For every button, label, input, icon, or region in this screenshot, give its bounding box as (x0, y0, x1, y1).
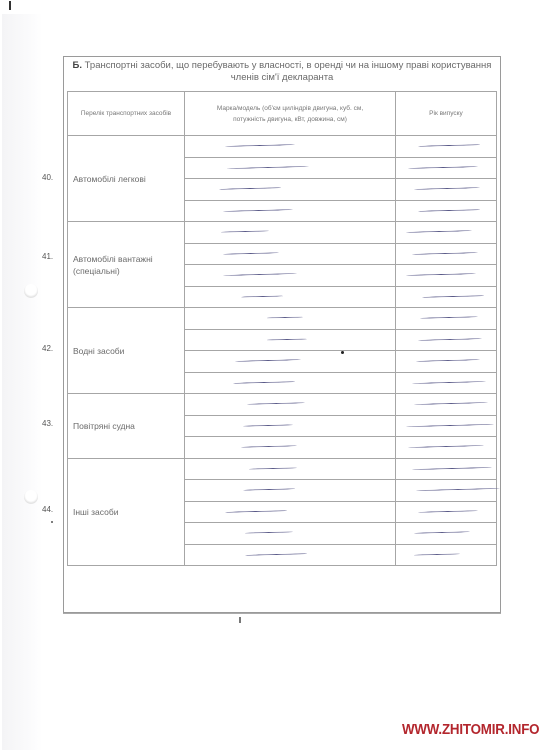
model-cell (185, 329, 396, 351)
redaction-stroke (408, 166, 478, 169)
model-cell (185, 265, 396, 287)
vehicles-table: Перелік транспортних засобів Марка/модел… (67, 91, 497, 566)
year-cell (396, 458, 497, 480)
model-cell (185, 222, 396, 244)
year-cell (396, 523, 497, 545)
model-cell (185, 136, 396, 158)
category-label: Повітряні судна (68, 420, 184, 432)
redaction-stroke (414, 402, 488, 405)
model-cell (185, 480, 396, 502)
category-cell: Інші засоби (68, 458, 185, 566)
redaction-stroke (414, 187, 480, 190)
model-cell (185, 437, 396, 459)
section-title-text: Транспортні засоби, що перебувають у вла… (85, 60, 492, 83)
redaction-stroke (418, 510, 478, 513)
redaction-stroke (243, 424, 293, 426)
model-cell (185, 458, 396, 480)
model-cell (185, 523, 396, 545)
category-cell: Автомобілі вантажні (спеціальні) (68, 222, 185, 308)
redaction-stroke (225, 144, 295, 147)
redaction-stroke (223, 273, 297, 276)
model-cell (185, 308, 396, 330)
redaction-stroke (406, 273, 476, 276)
punch-hole-top (24, 284, 38, 298)
year-cell (396, 286, 497, 308)
redaction-stroke (245, 531, 293, 533)
model-cell (185, 286, 396, 308)
model-cell (185, 544, 396, 566)
category-numbers: 40.41.42.43.44. (40, 91, 67, 608)
redaction-stroke (414, 553, 460, 555)
category-label: Інші засоби (68, 506, 184, 518)
year-cell (396, 265, 497, 287)
site-watermark: WWW.ZHITOMIR.INFO (402, 722, 539, 738)
redaction-stroke (420, 316, 478, 319)
year-cell (396, 308, 497, 330)
redaction-stroke (245, 553, 307, 556)
year-cell (396, 351, 497, 373)
table-row: Автомобілі легкові (68, 136, 497, 158)
redaction-stroke (418, 209, 480, 212)
category-number: 44. (42, 505, 53, 514)
redaction-stroke (412, 466, 492, 469)
redaction-stroke (416, 359, 480, 362)
redaction-stroke (247, 402, 305, 405)
category-cell: Автомобілі легкові (68, 136, 185, 222)
scan-corner-mark (9, 1, 11, 10)
model-cell (185, 179, 396, 201)
redaction-stroke (406, 423, 494, 426)
redaction-stroke (235, 359, 301, 362)
year-cell (396, 179, 497, 201)
redaction-stroke (243, 488, 295, 490)
category-cell: Повітряні судна (68, 394, 185, 459)
table-row: Автомобілі вантажні (спеціальні) (68, 222, 497, 244)
redaction-stroke (414, 531, 470, 533)
category-number: 42. (42, 344, 53, 353)
model-cell (185, 157, 396, 179)
model-cell (185, 243, 396, 265)
year-cell (396, 372, 497, 394)
redaction-stroke (241, 445, 297, 447)
model-cell (185, 501, 396, 523)
redaction-stroke (219, 187, 281, 190)
model-cell (185, 415, 396, 437)
year-cell (396, 544, 497, 566)
redaction-stroke (223, 252, 279, 254)
ink-dot (341, 351, 344, 354)
section-letter: Б. (73, 60, 82, 71)
redaction-stroke (408, 445, 484, 448)
redaction-stroke (418, 144, 480, 147)
redaction-stroke (249, 467, 297, 469)
year-cell (396, 200, 497, 222)
table-row: Інші засоби (68, 458, 497, 480)
redaction-stroke (412, 381, 486, 384)
redaction-stroke (416, 488, 500, 491)
scan-edge-shadow (2, 14, 42, 750)
punch-hole-bottom (24, 490, 38, 504)
model-cell (185, 394, 396, 416)
redaction-stroke (267, 317, 303, 319)
header-model: Марка/модель (об'єм циліндрів двигуна, к… (185, 92, 396, 136)
table-row: Повітряні судна (68, 394, 497, 416)
redaction-stroke (267, 338, 307, 340)
redaction-stroke (225, 510, 287, 513)
category-number: 41. (42, 252, 53, 261)
redaction-stroke (227, 165, 309, 168)
year-cell (396, 501, 497, 523)
page-mark (239, 617, 241, 623)
redaction-stroke (241, 295, 283, 297)
category-cell: Водні засоби (68, 308, 185, 394)
year-cell (396, 243, 497, 265)
redaction-stroke (418, 338, 482, 341)
year-cell (396, 157, 497, 179)
year-cell (396, 136, 497, 158)
year-cell (396, 415, 497, 437)
redaction-stroke (223, 209, 293, 212)
redaction-stroke (233, 381, 295, 384)
section-title: Б. Транспортні засоби, що перебувають у … (63, 60, 501, 84)
category-number: 40. (42, 173, 53, 182)
redaction-stroke (221, 230, 269, 232)
year-cell (396, 394, 497, 416)
category-label: Автомобілі легкові (68, 173, 184, 185)
category-number: 43. (42, 419, 53, 428)
category-label: Водні засоби (68, 345, 184, 357)
model-cell (185, 351, 396, 373)
category-label: Автомобілі вантажні (спеціальні) (68, 253, 184, 277)
table-header-row: Перелік транспортних засобів Марка/модел… (68, 92, 497, 136)
margin-mark (51, 521, 53, 523)
redaction-stroke (406, 230, 472, 233)
model-cell (185, 200, 396, 222)
redaction-stroke (422, 295, 484, 298)
year-cell (396, 329, 497, 351)
year-cell (396, 480, 497, 502)
header-year: Рік випуску (396, 92, 497, 136)
table-row: Водні засоби (68, 308, 497, 330)
redaction-stroke (412, 252, 478, 255)
year-cell (396, 222, 497, 244)
year-cell (396, 437, 497, 459)
model-cell (185, 372, 396, 394)
header-vehicle-list: Перелік транспортних засобів (68, 92, 185, 136)
